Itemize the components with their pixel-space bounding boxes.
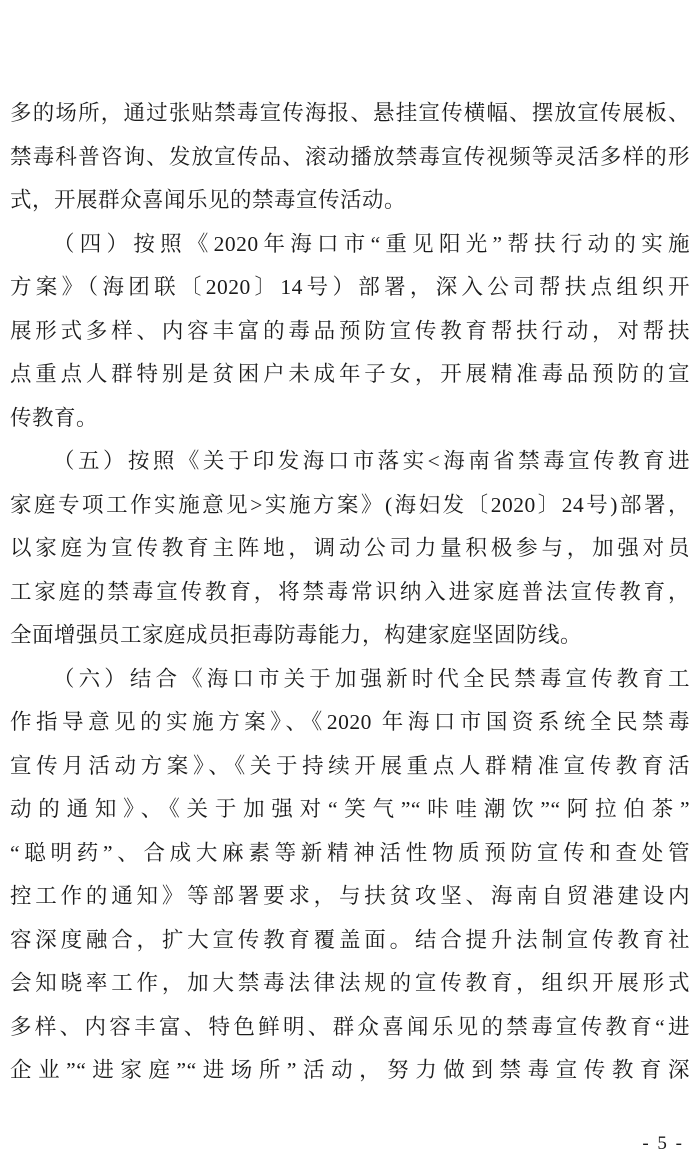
text-line: 动的通知》、《关于加强对“笑气”“咔哇潮饮”“阿拉伯茶” (10, 788, 690, 832)
text-line: 会知晓率工作，加大禁毒法律法规的宣传教育，组织开展形式 (10, 962, 690, 1006)
page-number: - 5 - (642, 1130, 684, 1158)
text-line: “聪明药”、合成大麻素等新精神活性物质预防宣传和查处管 (10, 832, 690, 876)
text-line: 禁毒科普咨询、发放宣传品、滚动播放禁毒宣传视频等灵活多样的形 (10, 136, 690, 180)
text-line: 工家庭的禁毒宣传教育，将禁毒常识纳入进家庭普法宣传教育， (10, 571, 690, 615)
document-body: 多的场所，通过张贴禁毒宣传海报、悬挂宣传横幅、摆放宣传展板、禁毒科普咨询、发放宣… (10, 92, 690, 1093)
text-line: 控工作的通知》等部署要求，与扶贫攻坚、海南自贸港建设内 (10, 875, 690, 919)
text-line: 家庭专项工作实施意见>实施方案》(海妇发〔2020〕24号)部署， (10, 484, 690, 528)
text-line: 多的场所，通过张贴禁毒宣传海报、悬挂宣传横幅、摆放宣传展板、 (10, 92, 690, 136)
text-line: （四）按照《2020年海口市“重见阳光”帮扶行动的实施 (10, 223, 690, 267)
text-line: 企业”“进家庭”“进场所”活动，努力做到禁毒宣传教育深 (10, 1049, 690, 1093)
text-line: （六）结合《海口市关于加强新时代全民禁毒宣传教育工 (10, 658, 690, 702)
text-line: 式，开展群众喜闻乐见的禁毒宣传活动。 (10, 179, 690, 223)
text-line: 方案》（海团联〔2020〕14号）部署，深入公司帮扶点组织开 (10, 266, 690, 310)
text-line: 容深度融合，扩大宣传教育覆盖面。结合提升法制宣传教育社 (10, 919, 690, 963)
document-page: 多的场所，通过张贴禁毒宣传海报、悬挂宣传横幅、摆放宣传展板、禁毒科普咨询、发放宣… (0, 0, 700, 1168)
text-line: （五）按照《关于印发海口市落实<海南省禁毒宣传教育进 (10, 440, 690, 484)
text-line: 宣传月活动方案》、《关于持续开展重点人群精准宣传教育活 (10, 745, 690, 789)
text-line: 点重点人群特别是贫困户未成年子女，开展精准毒品预防的宣 (10, 353, 690, 397)
text-line: 作指导意见的实施方案》、《2020 年海口市国资系统全民禁毒 (10, 701, 690, 745)
text-line: 展形式多样、内容丰富的毒品预防宣传教育帮扶行动，对帮扶 (10, 310, 690, 354)
text-line: 多样、内容丰富、特色鲜明、群众喜闻乐见的禁毒宣传教育“进 (10, 1006, 690, 1050)
text-line: 全面增强员工家庭成员拒毒防毒能力，构建家庭坚固防线。 (10, 614, 690, 658)
text-line: 以家庭为宣传教育主阵地，调动公司力量积极参与，加强对员 (10, 527, 690, 571)
text-line: 传教育。 (10, 397, 690, 441)
